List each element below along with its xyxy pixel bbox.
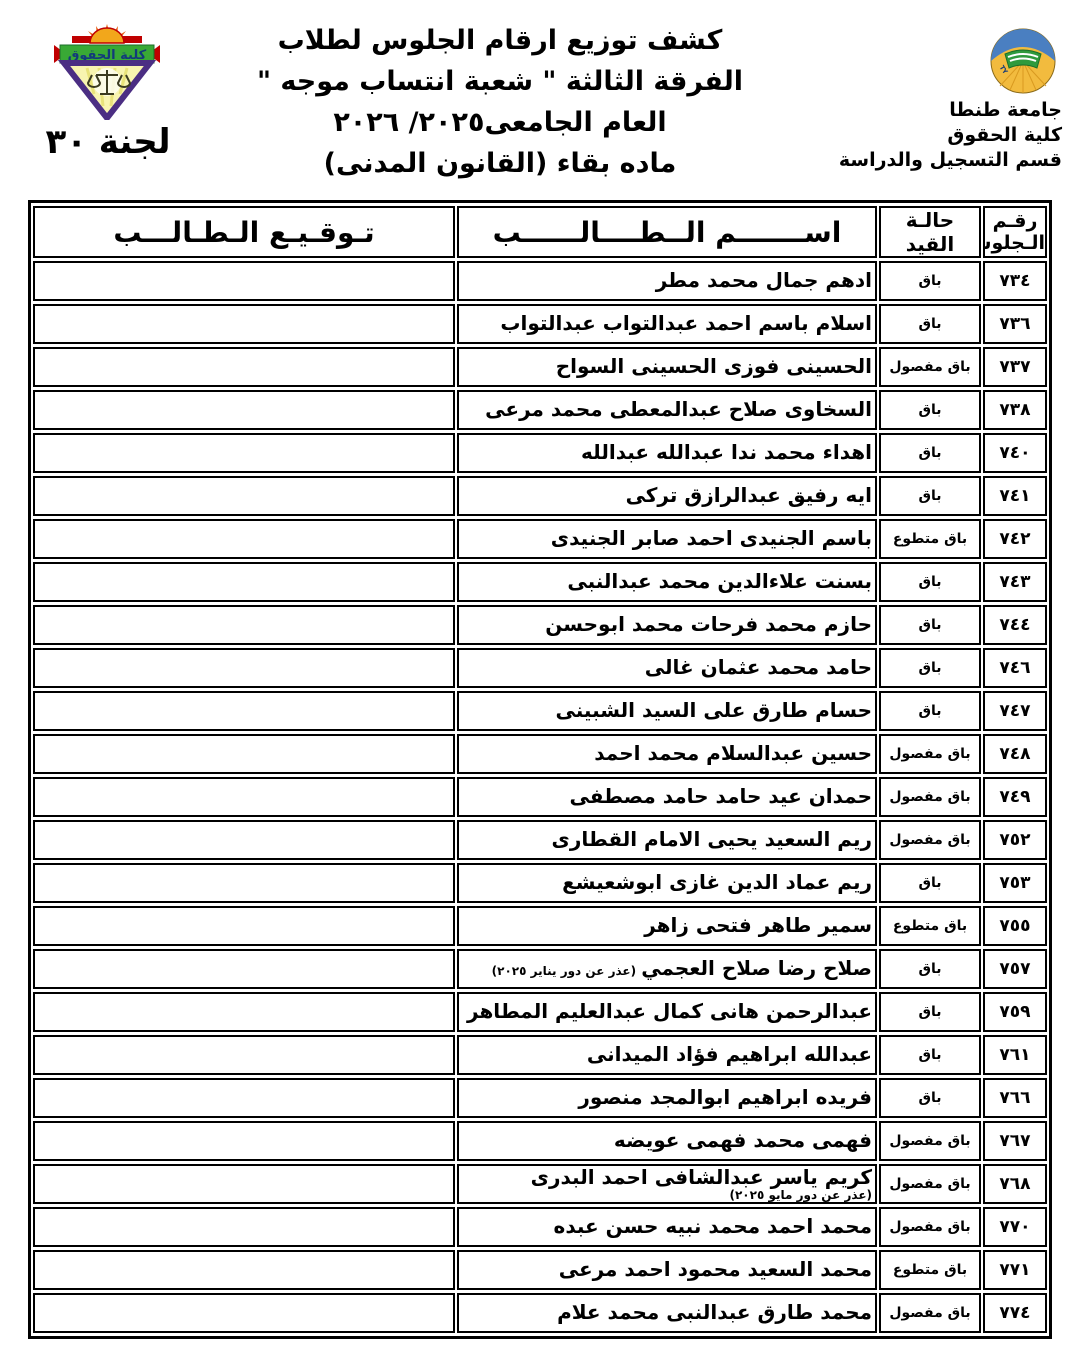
title-line-3: العام الجامعى٢٠٢٥/ ٢٠٢٦	[170, 102, 830, 143]
registration-status: باق متطوع	[879, 906, 981, 946]
student-name: حسين عبدالسلام محمد احمد	[594, 743, 872, 765]
student-name-cell: كريم ياسر عبدالشافى احمد البدرى(عذر عن د…	[457, 1164, 877, 1204]
registration-status: باق مفصول	[879, 734, 981, 774]
student-name-cell: الحسينى فوزى الحسينى السواح	[457, 347, 877, 387]
student-name: محمد احمد محمد نبيه حسن عبده	[554, 1216, 872, 1238]
title-line-4: ماده بقاء (القانون المدنى)	[170, 143, 830, 184]
seat-number: ٧٤٠	[983, 433, 1047, 473]
table-row: ٧٥٧باقصلاح رضا صلاح العجمي (عذر عن دور ي…	[33, 949, 1047, 989]
university-block: TANTA UNIVERSITY جامعة طنطا كلية الحقوق …	[862, 28, 1062, 173]
table-row: ٧٣٦باقاسلام باسم احمد عبدالتواب عبدالتوا…	[33, 304, 1047, 344]
student-name: عبدالله ابراهيم فؤاد الميدانى	[587, 1044, 872, 1066]
student-name: حسام طارق على السيد الشبينى	[556, 700, 872, 722]
registration-status: باق	[879, 648, 981, 688]
signature-cell[interactable]	[33, 863, 455, 903]
table-row: ٧٤٧باقحسام طارق على السيد الشبينى	[33, 691, 1047, 731]
signature-cell[interactable]	[33, 949, 455, 989]
header-registration-status: حالـة القيد	[879, 206, 981, 258]
student-name: باسم الجنيدى احمد صابر الجنيدى	[551, 528, 872, 550]
student-name: عبدالرحمن هانى كمال عبدالعليم المطاهر	[467, 1001, 872, 1023]
header-student-signature: تـوقـيـع الـطـالـــب	[33, 206, 455, 258]
student-name: اسلام باسم احمد عبدالتواب عبدالتواب	[500, 313, 872, 335]
signature-cell[interactable]	[33, 390, 455, 430]
table-row: ٧٥٩باقعبدالرحمن هانى كمال عبدالعليم المط…	[33, 992, 1047, 1032]
seat-number: ٧٦٦	[983, 1078, 1047, 1118]
signature-cell[interactable]	[33, 777, 455, 817]
registration-status: باق	[879, 691, 981, 731]
table-row: ٧٤٤باقحازم محمد فرحات محمد ابوحسن	[33, 605, 1047, 645]
student-name: حامد محمد عثمان غالى	[645, 657, 872, 679]
student-name-cell: ريم السعيد يحيى الامام القطارى	[457, 820, 877, 860]
student-name: كريم ياسر عبدالشافى احمد البدرى	[531, 1167, 872, 1189]
student-name: حمدان عيد حامد حامد مصطفى	[570, 786, 872, 808]
seat-number: ٧٣٧	[983, 347, 1047, 387]
registration-status: باق	[879, 949, 981, 989]
exam-excuse-note: (عذر عن دور يناير ٢٠٢٥)	[492, 964, 636, 978]
student-name-cell: حامد محمد عثمان غالى	[457, 648, 877, 688]
seat-number: ٧٤٦	[983, 648, 1047, 688]
signature-cell[interactable]	[33, 1121, 455, 1161]
table-row: ٧٧٤باق مفصولمحمد طارق عبدالنبى محمد علام	[33, 1293, 1047, 1333]
signature-cell[interactable]	[33, 476, 455, 516]
seat-number: ٧٥٩	[983, 992, 1047, 1032]
student-name-cell: حازم محمد فرحات محمد ابوحسن	[457, 605, 877, 645]
student-name-cell: حسين عبدالسلام محمد احمد	[457, 734, 877, 774]
student-name-cell: فهمى محمد فهمى عويضه	[457, 1121, 877, 1161]
registration-status: باق	[879, 992, 981, 1032]
student-name-cell: عبدالله ابراهيم فؤاد الميدانى	[457, 1035, 877, 1075]
table-row: ٧٥٥باق متطوعسمير طاهر فتحى زاهر	[33, 906, 1047, 946]
registration-status: باق مفصول	[879, 347, 981, 387]
table-row: ٧٤٣باقبسنت علاءالدين محمد عبدالنبى	[33, 562, 1047, 602]
student-name-cell: فريده ابراهيم ابوالمجد منصور	[457, 1078, 877, 1118]
registration-status: باق	[879, 1078, 981, 1118]
title-line-1: كشف توزيع ارقام الجلوس لطلاب	[170, 20, 830, 61]
seat-number: ٧٥٣	[983, 863, 1047, 903]
student-name: صلاح رضا صلاح العجمي	[641, 958, 872, 980]
student-name: بسنت علاءالدين محمد عبدالنبى	[567, 571, 872, 593]
registration-status: باق	[879, 863, 981, 903]
registration-status: باق	[879, 476, 981, 516]
table-row: ٧٤٨باق مفصولحسين عبدالسلام محمد احمد	[33, 734, 1047, 774]
student-name-cell: صلاح رضا صلاح العجمي (عذر عن دور يناير ٢…	[457, 949, 877, 989]
student-name-cell: محمد السعيد محمود احمد مرعى	[457, 1250, 877, 1290]
table-row: ٧٥٣باقريم عماد الدين غازى ابوشعيشع	[33, 863, 1047, 903]
signature-cell[interactable]	[33, 734, 455, 774]
title-line-2: الفرقة الثالثة " شعبة انتساب موجه "	[170, 61, 830, 102]
signature-cell[interactable]	[33, 1078, 455, 1118]
student-name: حازم محمد فرحات محمد ابوحسن	[545, 614, 872, 636]
seat-number: ٧٧١	[983, 1250, 1047, 1290]
header-student-name: اســـــــم الــطــــالــــــب	[457, 206, 877, 258]
committee-number: لجنة ٣٠	[28, 122, 188, 162]
table-row: ٧٤٢باق متطوعباسم الجنيدى احمد صابر الجني…	[33, 519, 1047, 559]
signature-cell[interactable]	[33, 519, 455, 559]
student-name: ريم عماد الدين غازى ابوشعيشع	[562, 872, 872, 894]
student-name: فهمى محمد فهمى عويضه	[614, 1130, 872, 1152]
seating-table: رقـم الـجلوس حالـة القيد اســـــــم الــ…	[28, 200, 1052, 1339]
signature-cell[interactable]	[33, 261, 455, 301]
seat-number: ٧٤٧	[983, 691, 1047, 731]
faculty-of-law-logo-icon: كلية الحقوق	[52, 24, 162, 120]
signature-cell[interactable]	[33, 691, 455, 731]
student-name-cell: بسنت علاءالدين محمد عبدالنبى	[457, 562, 877, 602]
student-name: الحسينى فوزى الحسينى السواح	[556, 356, 872, 378]
signature-cell[interactable]	[33, 433, 455, 473]
seat-number: ٧٥٧	[983, 949, 1047, 989]
signature-cell[interactable]	[33, 605, 455, 645]
student-name-cell: ايه رفيق عبدالرازق تركى	[457, 476, 877, 516]
seat-number: ٧٣٤	[983, 261, 1047, 301]
department-name: قسم التسجيل والدراسة	[862, 148, 1062, 173]
student-name: ادهم جمال محمد مطر	[656, 270, 872, 292]
table-row: ٧٤٠باقاهداء محمد ندا عبدالله عبدالله	[33, 433, 1047, 473]
signature-cell[interactable]	[33, 1293, 455, 1333]
signature-cell[interactable]	[33, 992, 455, 1032]
student-name: ايه رفيق عبدالرازق تركى	[626, 485, 872, 507]
seating-sheet-page: كلية الحقوق لجنة ٣٠ كشف توزيع ارقام الجل…	[0, 0, 1080, 1370]
seat-number: ٧٤١	[983, 476, 1047, 516]
seat-number: ٧٦١	[983, 1035, 1047, 1075]
registration-status: باق	[879, 605, 981, 645]
registration-status: باق	[879, 261, 981, 301]
sheet-title-block: كشف توزيع ارقام الجلوس لطلاب الفرقة الثا…	[170, 20, 830, 184]
registration-status: باق	[879, 304, 981, 344]
student-name-cell: السخاوى صلاح عبدالمعطى محمد مرعى	[457, 390, 877, 430]
registration-status: باق متطوع	[879, 1250, 981, 1290]
seat-number: ٧٤٩	[983, 777, 1047, 817]
table-row: ٧٤١باقايه رفيق عبدالرازق تركى	[33, 476, 1047, 516]
exam-excuse-note: (عذر عن دور مايو ٢٠٢٥)	[459, 1189, 872, 1202]
student-name: سمير طاهر فتحى زاهر	[644, 915, 872, 937]
student-name: السخاوى صلاح عبدالمعطى محمد مرعى	[485, 399, 872, 421]
signature-cell[interactable]	[33, 906, 455, 946]
student-name: محمد السعيد محمود احمد مرعى	[559, 1259, 872, 1281]
tanta-university-logo-icon: TANTA UNIVERSITY	[990, 28, 1056, 94]
seat-number: ٧٥٢	[983, 820, 1047, 860]
table-row: ٧٦٦باقفريده ابراهيم ابوالمجد منصور	[33, 1078, 1047, 1118]
table-row: ٧٣٤باقادهم جمال محمد مطر	[33, 261, 1047, 301]
seat-number: ٧٧٤	[983, 1293, 1047, 1333]
student-name-cell: حسام طارق على السيد الشبينى	[457, 691, 877, 731]
signature-cell[interactable]	[33, 347, 455, 387]
student-name-cell: حمدان عيد حامد حامد مصطفى	[457, 777, 877, 817]
table-row: ٧٧١باق متطوعمحمد السعيد محمود احمد مرعى	[33, 1250, 1047, 1290]
registration-status: باق مفصول	[879, 820, 981, 860]
student-name-cell: سمير طاهر فتحى زاهر	[457, 906, 877, 946]
student-name: اهداء محمد ندا عبدالله عبدالله	[581, 442, 872, 464]
table-row: ٧٤٩باق مفصولحمدان عيد حامد حامد مصطفى	[33, 777, 1047, 817]
table-row: ٧٧٠باق مفصولمحمد احمد محمد نبيه حسن عبده	[33, 1207, 1047, 1247]
seat-number: ٧٧٠	[983, 1207, 1047, 1247]
student-name-cell: باسم الجنيدى احمد صابر الجنيدى	[457, 519, 877, 559]
signature-cell[interactable]	[33, 1164, 455, 1204]
signature-cell[interactable]	[33, 304, 455, 344]
seat-number: ٧٤٣	[983, 562, 1047, 602]
registration-status: باق مفصول	[879, 1121, 981, 1161]
seat-number: ٧٦٧	[983, 1121, 1047, 1161]
table-row: ٧٣٨باقالسخاوى صلاح عبدالمعطى محمد مرعى	[33, 390, 1047, 430]
signature-cell[interactable]	[33, 820, 455, 860]
table-row: ٧٦٨باق مفصولكريم ياسر عبدالشافى احمد الب…	[33, 1164, 1047, 1204]
student-name-cell: محمد احمد محمد نبيه حسن عبده	[457, 1207, 877, 1247]
table-row: ٧٤٦باقحامد محمد عثمان غالى	[33, 648, 1047, 688]
university-name: جامعة طنطا	[862, 98, 1062, 123]
header-seat-number: رقـم الـجلوس	[983, 206, 1047, 258]
table-row: ٧٥٢باق مفصولريم السعيد يحيى الامام القطا…	[33, 820, 1047, 860]
student-name-cell: ادهم جمال محمد مطر	[457, 261, 877, 301]
signature-cell[interactable]	[33, 1250, 455, 1290]
seat-number: ٧٣٨	[983, 390, 1047, 430]
student-name-cell: اهداء محمد ندا عبدالله عبدالله	[457, 433, 877, 473]
registration-status: باق مفصول	[879, 1293, 981, 1333]
student-name-cell: ريم عماد الدين غازى ابوشعيشع	[457, 863, 877, 903]
signature-cell[interactable]	[33, 1207, 455, 1247]
table-header-row: رقـم الـجلوس حالـة القيد اســـــــم الــ…	[33, 206, 1047, 258]
student-rows: ٧٣٤باقادهم جمال محمد مطر٧٣٦باقاسلام باسم…	[33, 261, 1047, 1333]
registration-status: باق متطوع	[879, 519, 981, 559]
table-row: ٧٦٧باق مفصولفهمى محمد فهمى عويضه	[33, 1121, 1047, 1161]
table-row: ٧٦١باقعبدالله ابراهيم فؤاد الميدانى	[33, 1035, 1047, 1075]
registration-status: باق	[879, 433, 981, 473]
signature-cell[interactable]	[33, 562, 455, 602]
seat-number: ٧٥٥	[983, 906, 1047, 946]
signature-cell[interactable]	[33, 1035, 455, 1075]
faculty-name: كلية الحقوق	[862, 123, 1062, 148]
registration-status: باق	[879, 562, 981, 602]
seat-number: ٧٤٢	[983, 519, 1047, 559]
registration-status: باق مفصول	[879, 1164, 981, 1204]
seat-number: ٧٤٤	[983, 605, 1047, 645]
table-row: ٧٣٧باق مفصولالحسينى فوزى الحسينى السواح	[33, 347, 1047, 387]
student-name: ريم السعيد يحيى الامام القطارى	[552, 829, 873, 851]
signature-cell[interactable]	[33, 648, 455, 688]
registration-status: باق	[879, 390, 981, 430]
registration-status: باق مفصول	[879, 1207, 981, 1247]
seat-number: ٧٣٦	[983, 304, 1047, 344]
seat-number: ٧٦٨	[983, 1164, 1047, 1204]
student-name-cell: اسلام باسم احمد عبدالتواب عبدالتواب	[457, 304, 877, 344]
seat-number: ٧٤٨	[983, 734, 1047, 774]
student-name-cell: عبدالرحمن هانى كمال عبدالعليم المطاهر	[457, 992, 877, 1032]
registration-status: باق مفصول	[879, 777, 981, 817]
student-name-cell: محمد طارق عبدالنبى محمد علام	[457, 1293, 877, 1333]
registration-status: باق	[879, 1035, 981, 1075]
student-name: فريده ابراهيم ابوالمجد منصور	[578, 1087, 872, 1109]
student-name: محمد طارق عبدالنبى محمد علام	[557, 1302, 872, 1324]
